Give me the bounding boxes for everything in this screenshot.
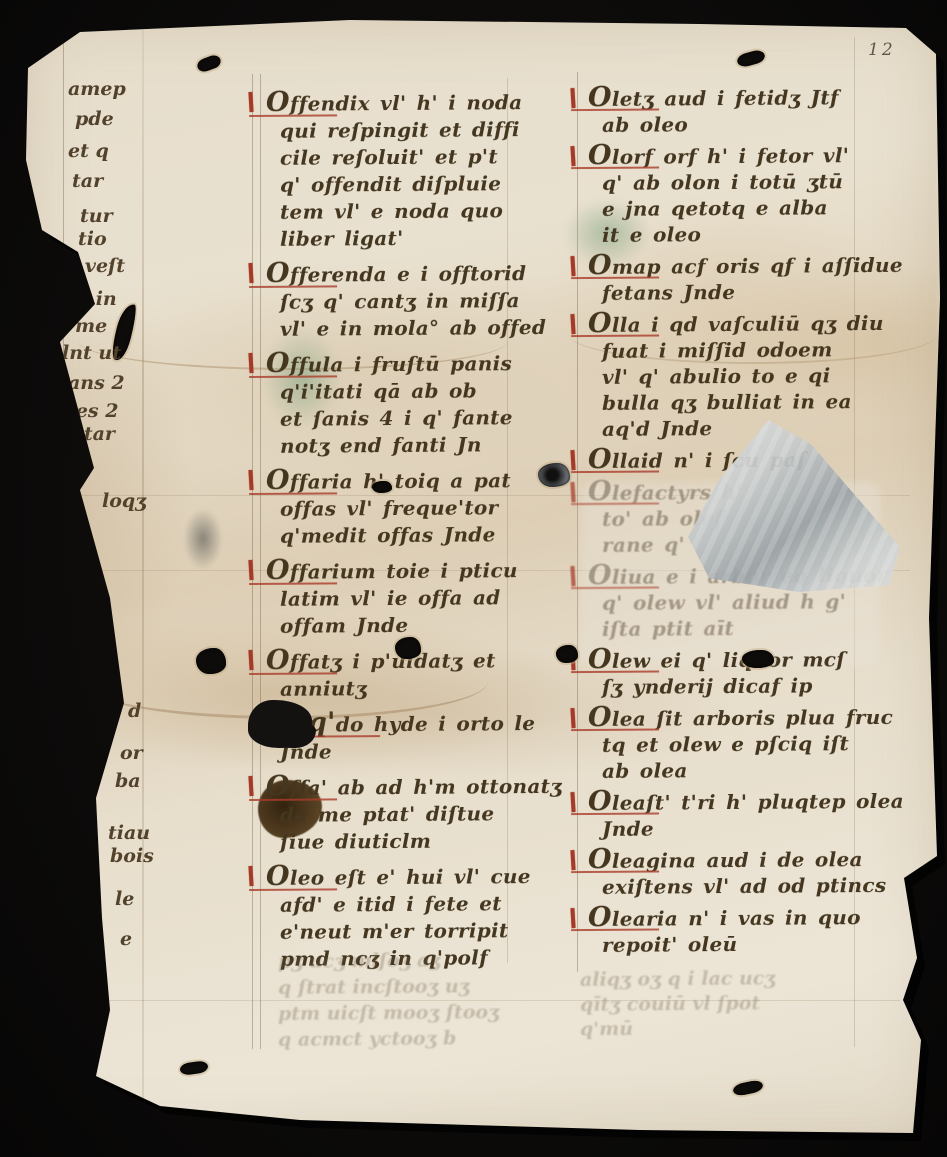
manuscript-text-line: Olew ei q' liquor mcſ bbox=[588, 645, 872, 674]
marginal-fragment: ans 2 bbox=[68, 372, 125, 394]
manuscript-text-line: latim vl' ie offa ad bbox=[266, 584, 522, 613]
margin-rule bbox=[63, 42, 64, 452]
glossary-entry: Olla i qd vaſculiū qʒ diufuat i miſſid o… bbox=[588, 310, 872, 441]
marginal-fragment: or bbox=[120, 742, 143, 764]
manuscript-text-line: Jnde bbox=[588, 814, 872, 842]
paraph-mark bbox=[570, 88, 575, 108]
marginal-fragment: bois bbox=[110, 845, 154, 867]
manuscript-text-line: Offarium toie i pticu bbox=[266, 555, 522, 586]
paraph-mark bbox=[570, 146, 575, 166]
manuscript-text-line: repoit' oleū bbox=[588, 930, 872, 958]
marginal-fragment: lnt ut bbox=[62, 342, 121, 364]
manuscript-text-line: Oleo eſt e' hui vl' cue bbox=[266, 861, 522, 892]
manuscript-text-line: Oleaſt' t'ri h' pluqtep olea bbox=[588, 787, 872, 816]
glossary-entry: Offendix vl' h' i nodaqui reſpingit et d… bbox=[266, 88, 522, 252]
sewing-hole bbox=[736, 49, 766, 69]
glossary-entry: Omap acf oris qf i aſſiduefetans Jnde bbox=[588, 252, 872, 305]
manuscript-text-line: iſta ptit aīt bbox=[588, 614, 872, 642]
manuscript-text-line: afd' e itid i fete et bbox=[266, 890, 522, 919]
manuscript-text-line: ſʒ ynderij dicaf ip bbox=[588, 672, 872, 700]
manuscript-text-line: tem vl' e noda quo bbox=[266, 197, 522, 226]
manuscript-text-line: vl' q' abulio to e qi bbox=[588, 362, 872, 390]
paraph-mark bbox=[570, 908, 575, 928]
manuscript-text-line: it e oleo bbox=[588, 220, 872, 248]
manuscript-text-line: notʒ end fanti Jn bbox=[266, 431, 522, 460]
manuscript-text-line: Omap acf oris qf i aſſidue bbox=[588, 251, 872, 280]
manuscript-text-line: Olea ſit arboris plua fruc bbox=[588, 703, 872, 732]
paraph-mark bbox=[570, 708, 575, 728]
manuscript-text-line: q'i'itati qā ab ob bbox=[266, 377, 522, 406]
manuscript-text-line: Olearia n' i vas in quo bbox=[588, 903, 872, 932]
glossary-entry: Olea ſit arboris plua fructq et olew e p… bbox=[588, 704, 872, 783]
manuscript-text-line: e jna qetotq e alba bbox=[588, 194, 872, 222]
marginal-fragment: p veſt bbox=[65, 255, 125, 277]
manuscript-text-line: Jnde bbox=[266, 737, 522, 766]
marginal-fragment: tio bbox=[78, 228, 107, 250]
sewing-hole bbox=[179, 1060, 208, 1076]
manuscript-text-line: e'neut m'er torripit bbox=[266, 917, 522, 946]
manuscript-text-line: Oleagina aud i de olea bbox=[588, 845, 872, 874]
manuscript-text-line: qui reſpingit et diffi bbox=[266, 116, 522, 145]
manuscript-text-line: Offa' ab ad h'm ottonatʒ bbox=[266, 771, 522, 802]
manuscript-text-line: ab oleo bbox=[588, 110, 872, 138]
manuscript-text-line: Offendix vl' h' i noda bbox=[266, 87, 522, 118]
marginal-fragment: e bbox=[120, 928, 132, 950]
glossary-entry: Oleagina aud i de oleaexiſtens vl' ad od… bbox=[588, 846, 872, 899]
show-through-text: qītʒ couiū vl ſpot bbox=[580, 992, 760, 1016]
sewing-hole bbox=[196, 53, 223, 73]
marginal-fragment: amep bbox=[68, 78, 126, 100]
leaf-edge-shadow bbox=[142, 28, 144, 1100]
manuscript-text-line: Olla i qd vaſculiū qʒ diu bbox=[588, 309, 872, 338]
photograph-background: Offendix vl' h' i nodaqui reſpingit et d… bbox=[0, 0, 947, 1157]
manuscript-text-line: et ſanis 4 i q' fante bbox=[266, 404, 522, 433]
folio-number: 12 bbox=[868, 40, 896, 60]
wormhole bbox=[556, 645, 578, 663]
manuscript-text-line: Offaria h' toiq a pat bbox=[266, 465, 522, 496]
glossary-entry: Oleaſt' t'ri h' pluqtep oleaJnde bbox=[588, 788, 872, 841]
wormhole bbox=[372, 481, 392, 493]
glossary-entry: Oletʒ aud i fetidʒ Jtfab oleo bbox=[588, 84, 872, 137]
paraph-mark bbox=[570, 450, 575, 470]
glossary-entry: Offerenda e i offtoridſcʒ q' cantʒ in mi… bbox=[266, 259, 522, 342]
glossary-entry: Olorf orf h' i fetor vl'q' ab olon i tot… bbox=[588, 142, 872, 247]
wormhole bbox=[196, 648, 226, 674]
manuscript-text-line: liber ligat' bbox=[266, 224, 522, 253]
manuscript-text-line: bulla qʒ bulliat in ea bbox=[588, 388, 872, 416]
glossary-entry: Offaria h' toiq a patoffas vl' freque'to… bbox=[266, 466, 522, 549]
marginal-fragment: loqʒ bbox=[102, 490, 146, 512]
manuscript-text-line: Offula i fruſtū panis bbox=[266, 348, 522, 379]
manuscript-text-line: q' ab olon i totū ʒtū bbox=[588, 168, 872, 196]
stain bbox=[178, 500, 228, 578]
column-rule bbox=[260, 74, 261, 1049]
sewing-hole bbox=[732, 1079, 764, 1097]
manuscript-text-line: fuat i miſſid odoem bbox=[588, 336, 872, 364]
manuscript-text-line: tq et olew e pſciq iſt bbox=[588, 730, 872, 758]
manuscript-text-line: vl' e in mola° ab offed bbox=[266, 314, 522, 343]
manuscript-text-line: ab olea bbox=[588, 756, 872, 784]
paraph-mark bbox=[570, 792, 575, 812]
manuscript-text-line: anniutʒ bbox=[266, 674, 522, 703]
marginal-fragment: tur bbox=[80, 205, 113, 227]
paraph-mark bbox=[570, 850, 575, 870]
manuscript-text-line: Oletʒ aud i fetidʒ Jtf bbox=[588, 83, 872, 112]
manuscript-text-line: da me ptat' diſtue bbox=[266, 800, 522, 829]
manuscript-leaf: Offendix vl' h' i nodaqui reſpingit et d… bbox=[20, 12, 942, 1146]
show-through-text: pʒ ucʒ mlſoʒ aʒ bbox=[278, 949, 440, 972]
marginal-fragment: nes 2 bbox=[62, 400, 118, 422]
marginal-fragment: et q bbox=[68, 140, 109, 162]
show-through-text: q acmct yctooʒ b bbox=[278, 1027, 456, 1051]
manuscript-text-line: q'medit offas Jnde bbox=[266, 521, 522, 550]
manuscript-text-line: aq'd Jnde bbox=[588, 414, 872, 442]
glossary-entry: Olearia n' i vas in quorepoit' oleū bbox=[588, 904, 872, 957]
show-through-text: aliqʒ oʒ q i lac ucʒ bbox=[580, 967, 775, 991]
glossary-entry: Offula i fruſtū panisq'i'itati qā ab obe… bbox=[266, 349, 522, 459]
marginal-fragment: d bbox=[128, 700, 141, 722]
manuscript-text-line: offas vl' freque'tor bbox=[266, 494, 522, 523]
wormhole bbox=[538, 463, 570, 487]
marginal-fragment: ntar bbox=[70, 423, 115, 445]
marginal-fragment: at in bbox=[68, 288, 117, 310]
wormhole bbox=[395, 637, 421, 659]
paraph-mark bbox=[570, 256, 575, 276]
show-through-text: ptm uicſt mooʒ ſtooʒ bbox=[278, 1001, 499, 1025]
manuscript-text-line: Offatʒ i p'uidatʒ et bbox=[266, 645, 522, 676]
rubric-underline bbox=[571, 470, 659, 473]
show-through-text: q'mū bbox=[580, 1018, 633, 1040]
manuscript-text-line: cile reſoluit' et p't bbox=[266, 143, 522, 172]
manuscript-text-line: exiſtens vl' ad od ptincs bbox=[588, 872, 872, 900]
wormhole bbox=[742, 650, 774, 668]
manuscript-text-line: q' offendit diſpluie bbox=[266, 170, 522, 199]
marginal-fragment: me bbox=[75, 315, 107, 337]
manuscript-text-line: ſcʒ q' cantʒ in miſſa bbox=[266, 287, 522, 316]
glossary-entry: Olew ei q' liquor mcſſʒ ynderij dicaf ip bbox=[588, 646, 872, 699]
paraph-mark bbox=[570, 482, 575, 502]
marginal-fragment: pde bbox=[75, 108, 114, 130]
marginal-fragment: tiau bbox=[108, 822, 150, 844]
manuscript-text-line: Offerenda e i offtorid bbox=[266, 258, 522, 289]
manuscript-text-line: q' olew vl' aliud h g' bbox=[588, 588, 872, 616]
manuscript-text-line: Olorf orf h' i fetor vl' bbox=[588, 141, 872, 170]
marginal-fragment: le bbox=[115, 888, 134, 910]
paraph-mark bbox=[570, 314, 575, 334]
show-through-text: q ſtrat incſtooʒ uʒ bbox=[278, 975, 470, 999]
glossary-entry: Offa' ab ad h'm ottonatʒda me ptat' diſt… bbox=[266, 772, 522, 855]
glossary-entry: Offatʒ i p'uidatʒ etanniutʒ bbox=[266, 646, 522, 702]
manuscript-text-line: ſiue diuticlm bbox=[266, 827, 522, 856]
manuscript-text-line: offam Jnde bbox=[266, 611, 522, 640]
manuscript-text-line: fetans Jnde bbox=[588, 278, 872, 306]
marginal-fragment: tar bbox=[72, 170, 103, 192]
marginal-fragment: ba bbox=[115, 770, 141, 792]
text-column-left: Offendix vl' h' i nodaqui reſpingit et d… bbox=[266, 88, 522, 979]
glossary-entry: Offarium toie i pticulatim vl' ie offa a… bbox=[266, 556, 522, 639]
